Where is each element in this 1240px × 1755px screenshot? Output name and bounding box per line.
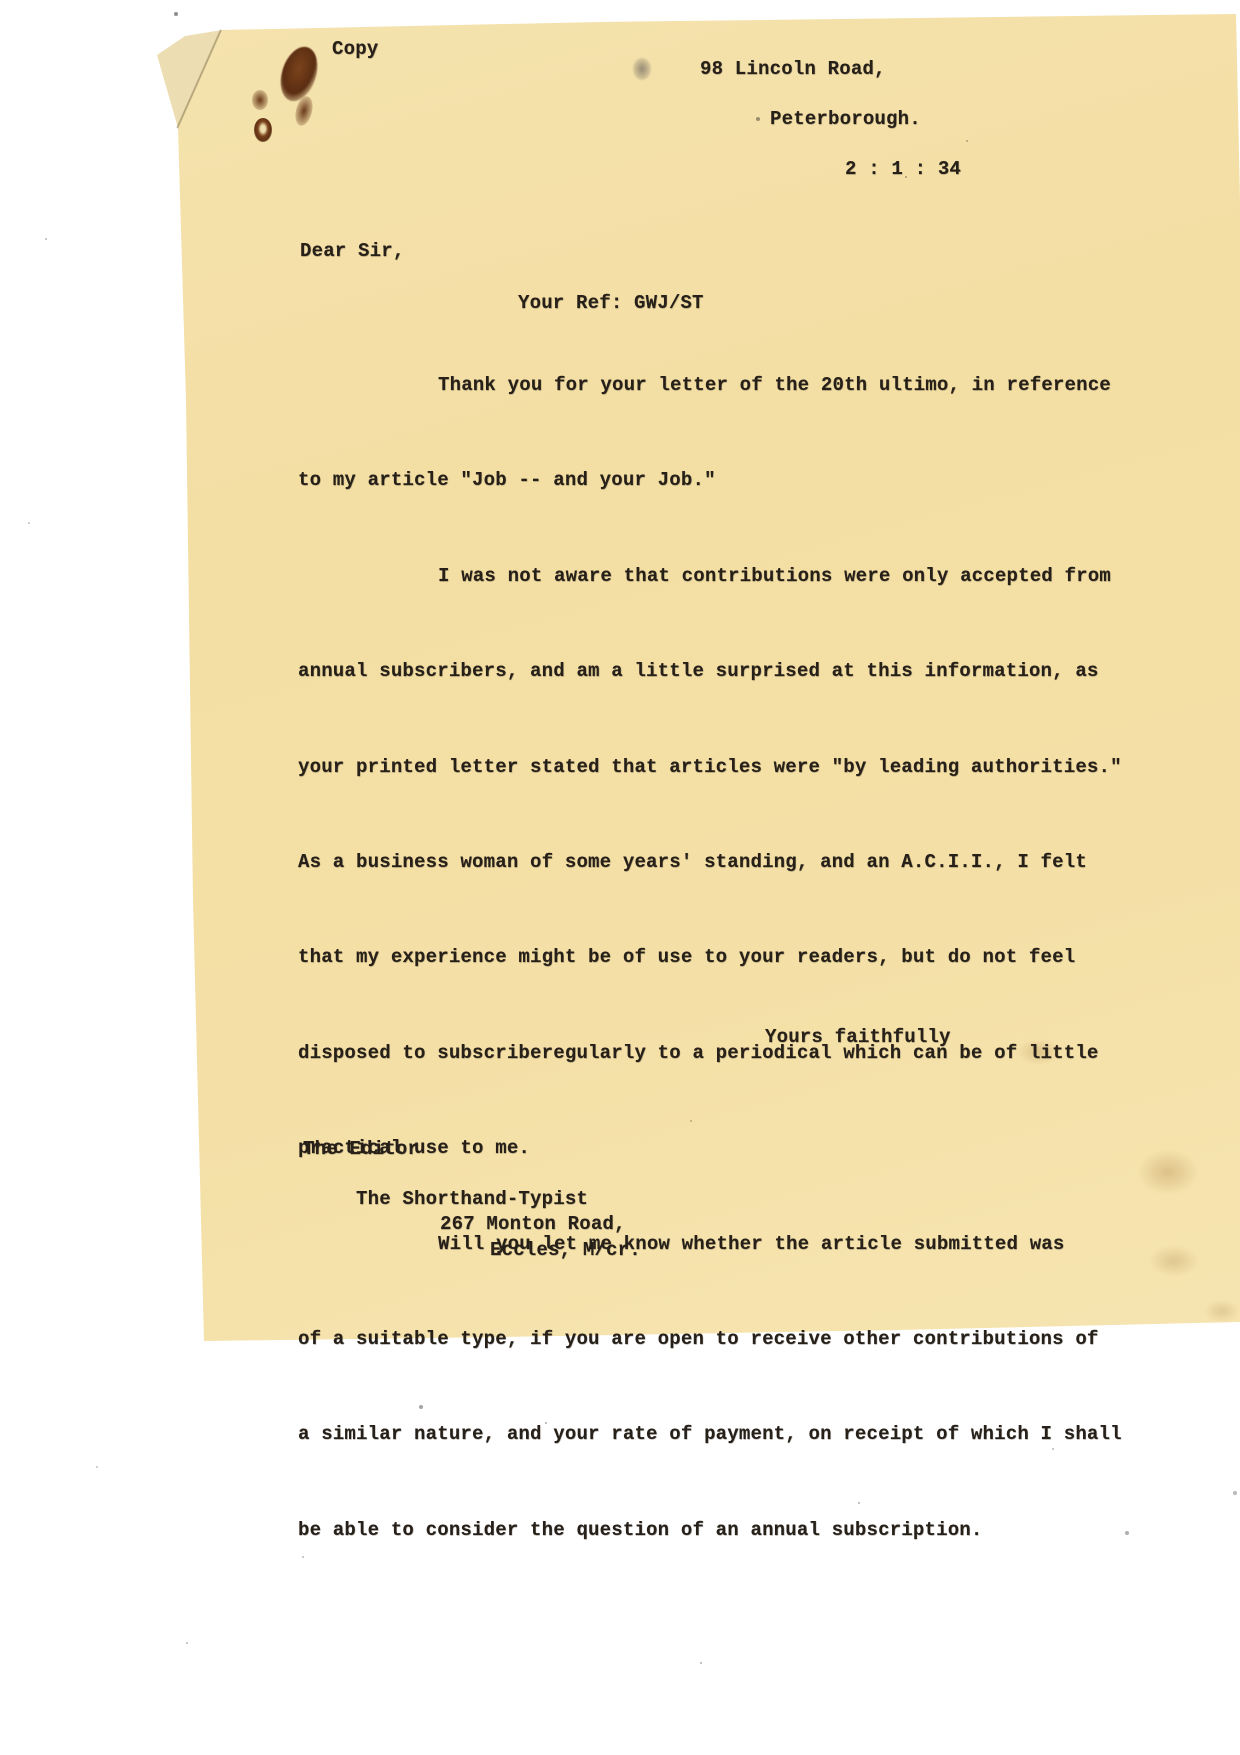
sender-address-line1: 98 Lincoln Road, (700, 58, 886, 80)
foxing-spot (1150, 1246, 1198, 1276)
letter-body-line: Will you let me know whether the article… (298, 1219, 1122, 1270)
letter-body-line: practical use to me. (298, 1123, 1122, 1174)
letter-body-line: Thank you for your letter of the 20th ul… (298, 360, 1122, 411)
foxing-spot (1205, 1300, 1239, 1322)
reference-line: Your Ref: GWJ/ST (518, 292, 704, 314)
letter-body-line: of a suitable type, if you are open to r… (298, 1314, 1122, 1365)
letter-body-line: disposed to subscriberegularly to a peri… (298, 1028, 1122, 1079)
letter-body-line: annual subscribers, and am a little surp… (298, 646, 1122, 697)
letter-body-line: I was not aware that contributions were … (298, 551, 1122, 602)
letter-body: Thank you for your letter of the 20th ul… (298, 316, 1122, 1600)
sender-address-line2: Peterborough. (770, 108, 921, 130)
salutation: Dear Sir, (300, 240, 404, 262)
foxing-spot (1138, 1150, 1198, 1194)
recipient-publication: The Shorthand-Typist (356, 1188, 588, 1210)
letter-body-line: your printed letter stated that articles… (298, 742, 1122, 793)
ink-stain (254, 118, 272, 142)
scanned-letter-page: Copy 98 Lincoln Road, Peterborough. 2 : … (0, 0, 1240, 1755)
letter-body-line: be able to consider the question of an a… (298, 1505, 1122, 1556)
scan-dust-specks (0, 0, 2, 2)
letter-body-line: a similar nature, and your rate of payme… (298, 1409, 1122, 1460)
letter-body-line: to my article "Job -- and your Job." (298, 455, 1122, 506)
copy-label: Copy (332, 38, 378, 60)
closing-valediction: Yours faithfully (765, 1026, 951, 1048)
letter-body-line: that my experience might be of use to yo… (298, 932, 1122, 983)
recipient-city: Eccles, M/cr. (490, 1239, 641, 1261)
ink-stain (252, 90, 268, 110)
recipient-title: The Editor (303, 1138, 419, 1160)
letter-date: 2 : 1 : 34 (845, 158, 961, 180)
letter-body-line: As a business woman of some years' stand… (298, 837, 1122, 888)
gray-smudge (633, 58, 651, 80)
recipient-street: 267 Monton Road, (440, 1213, 626, 1235)
